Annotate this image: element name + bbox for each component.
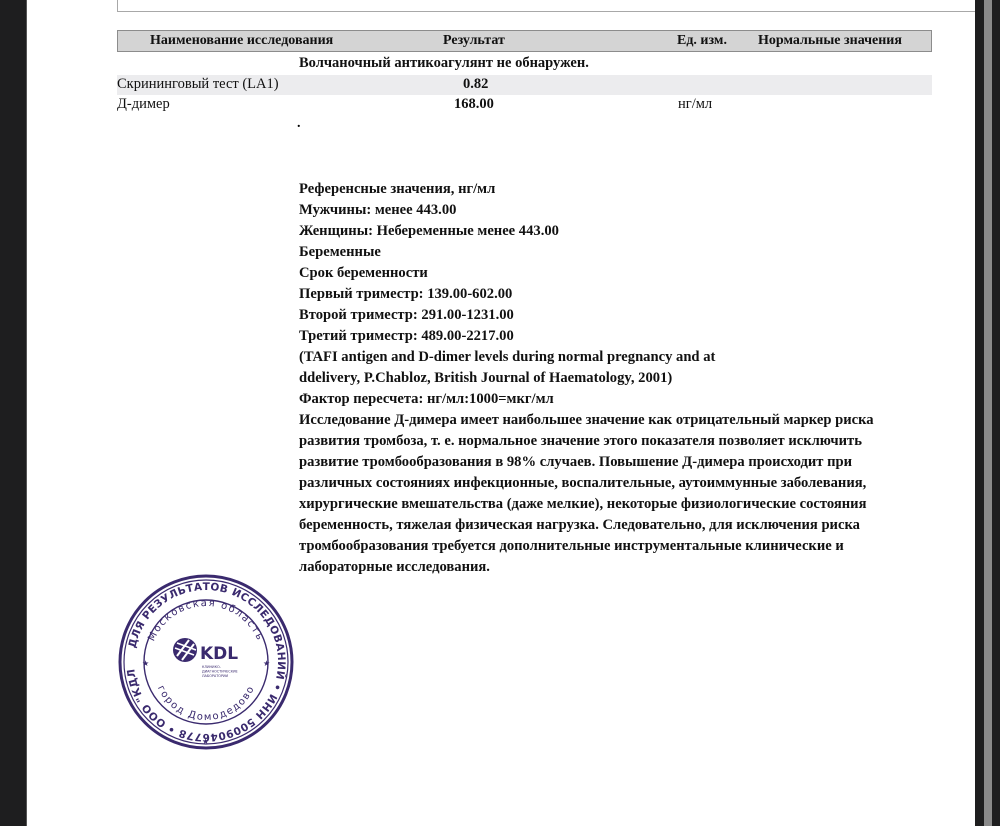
header-box <box>117 0 982 12</box>
table-row: Д-димер 168.00 нг/мл <box>117 95 932 115</box>
svg-text:ЛАБОРАТОРИИ: ЛАБОРАТОРИИ <box>202 674 229 678</box>
note-line: беременность, тяжелая физическая нагрузк… <box>299 515 939 536</box>
note-line: развития тромбоза, т. е. нормальное знач… <box>299 431 939 452</box>
note-line: ddelivery, P.Chabloz, British Journal of… <box>299 368 939 389</box>
note-line: (TAFI antigen and D-dimer levels during … <box>299 347 939 368</box>
header-test-name: Наименование исследования <box>150 33 333 49</box>
svg-text:ДИАГНОСТИЧЕСКИЕ: ДИАГНОСТИЧЕСКИЕ <box>202 670 238 674</box>
reference-notes: Референсные значения, нг/млМужчины: мене… <box>299 179 939 578</box>
table-row: Скрининговый тест (LA1) 0.82 <box>117 75 932 95</box>
test-name: Д-димер <box>117 96 170 113</box>
group-title-row: Волчаночный антикоагулянт не обнаружен. <box>117 54 932 74</box>
note-line: Беременные <box>299 242 939 263</box>
test-result: 168.00 <box>454 96 494 113</box>
note-line: Женщины: Небеременные менее 443.00 <box>299 221 939 242</box>
group-title: Волчаночный антикоагулянт не обнаружен. <box>299 55 589 72</box>
note-line: Исследование Д-димера имеет наибольшее з… <box>299 410 939 431</box>
note-line: Второй триместр: 291.00-1231.00 <box>299 305 939 326</box>
scrollbar-thumb[interactable] <box>984 0 992 826</box>
separator-dot: . <box>297 116 301 132</box>
svg-text:★: ★ <box>263 659 270 668</box>
svg-text:КЛИНИКО-: КЛИНИКО- <box>202 665 222 669</box>
header-unit: Ед. изм. <box>677 33 727 49</box>
note-line: Третий триместр: 489.00-2217.00 <box>299 326 939 347</box>
svg-text:★: ★ <box>142 659 149 668</box>
document-viewer: Наименование исследования Результат Ед. … <box>0 0 1000 826</box>
test-name: Скрининговый тест (LA1) <box>117 76 279 93</box>
document-page: Наименование исследования Результат Ед. … <box>26 0 975 826</box>
note-line: тромбообразования требуется дополнительн… <box>299 536 939 557</box>
header-result: Результат <box>443 33 505 49</box>
note-line: Фактор пересчета: нг/мл:1000=мкг/мл <box>299 389 939 410</box>
note-line: Мужчины: менее 443.00 <box>299 200 939 221</box>
note-line: хирургические вмешательства (даже мелкие… <box>299 494 939 515</box>
results-table-header: Наименование исследования Результат Ед. … <box>117 30 932 52</box>
svg-text:город Домодедово: город Домодедово <box>155 684 257 723</box>
lab-stamp: ДЛЯ РЕЗУЛЬТАТОВ ИССЛЕДОВАНИЙ • ИНН 50090… <box>116 572 296 752</box>
test-result: 0.82 <box>463 76 488 93</box>
note-line: лабораторные исследования. <box>299 557 939 578</box>
note-line: развитие тромбообразования в 98% случаев… <box>299 452 939 473</box>
svg-text:★: ★ <box>202 737 209 746</box>
note-line: Референсные значения, нг/мл <box>299 179 939 200</box>
kdl-logo-icon <box>173 638 197 662</box>
vertical-scrollbar[interactable] <box>975 0 1000 826</box>
note-line: Срок беременности <box>299 263 939 284</box>
header-normal-values: Нормальные значения <box>758 33 902 49</box>
svg-text:KDL: KDL <box>200 644 238 664</box>
stamp-seal-icon: ДЛЯ РЕЗУЛЬТАТОВ ИССЛЕДОВАНИЙ • ИНН 50090… <box>116 572 296 752</box>
note-line: Первый триместр: 139.00-602.00 <box>299 284 939 305</box>
note-line: различных состояниях инфекционные, воспа… <box>299 473 939 494</box>
test-unit: нг/мл <box>678 96 712 113</box>
